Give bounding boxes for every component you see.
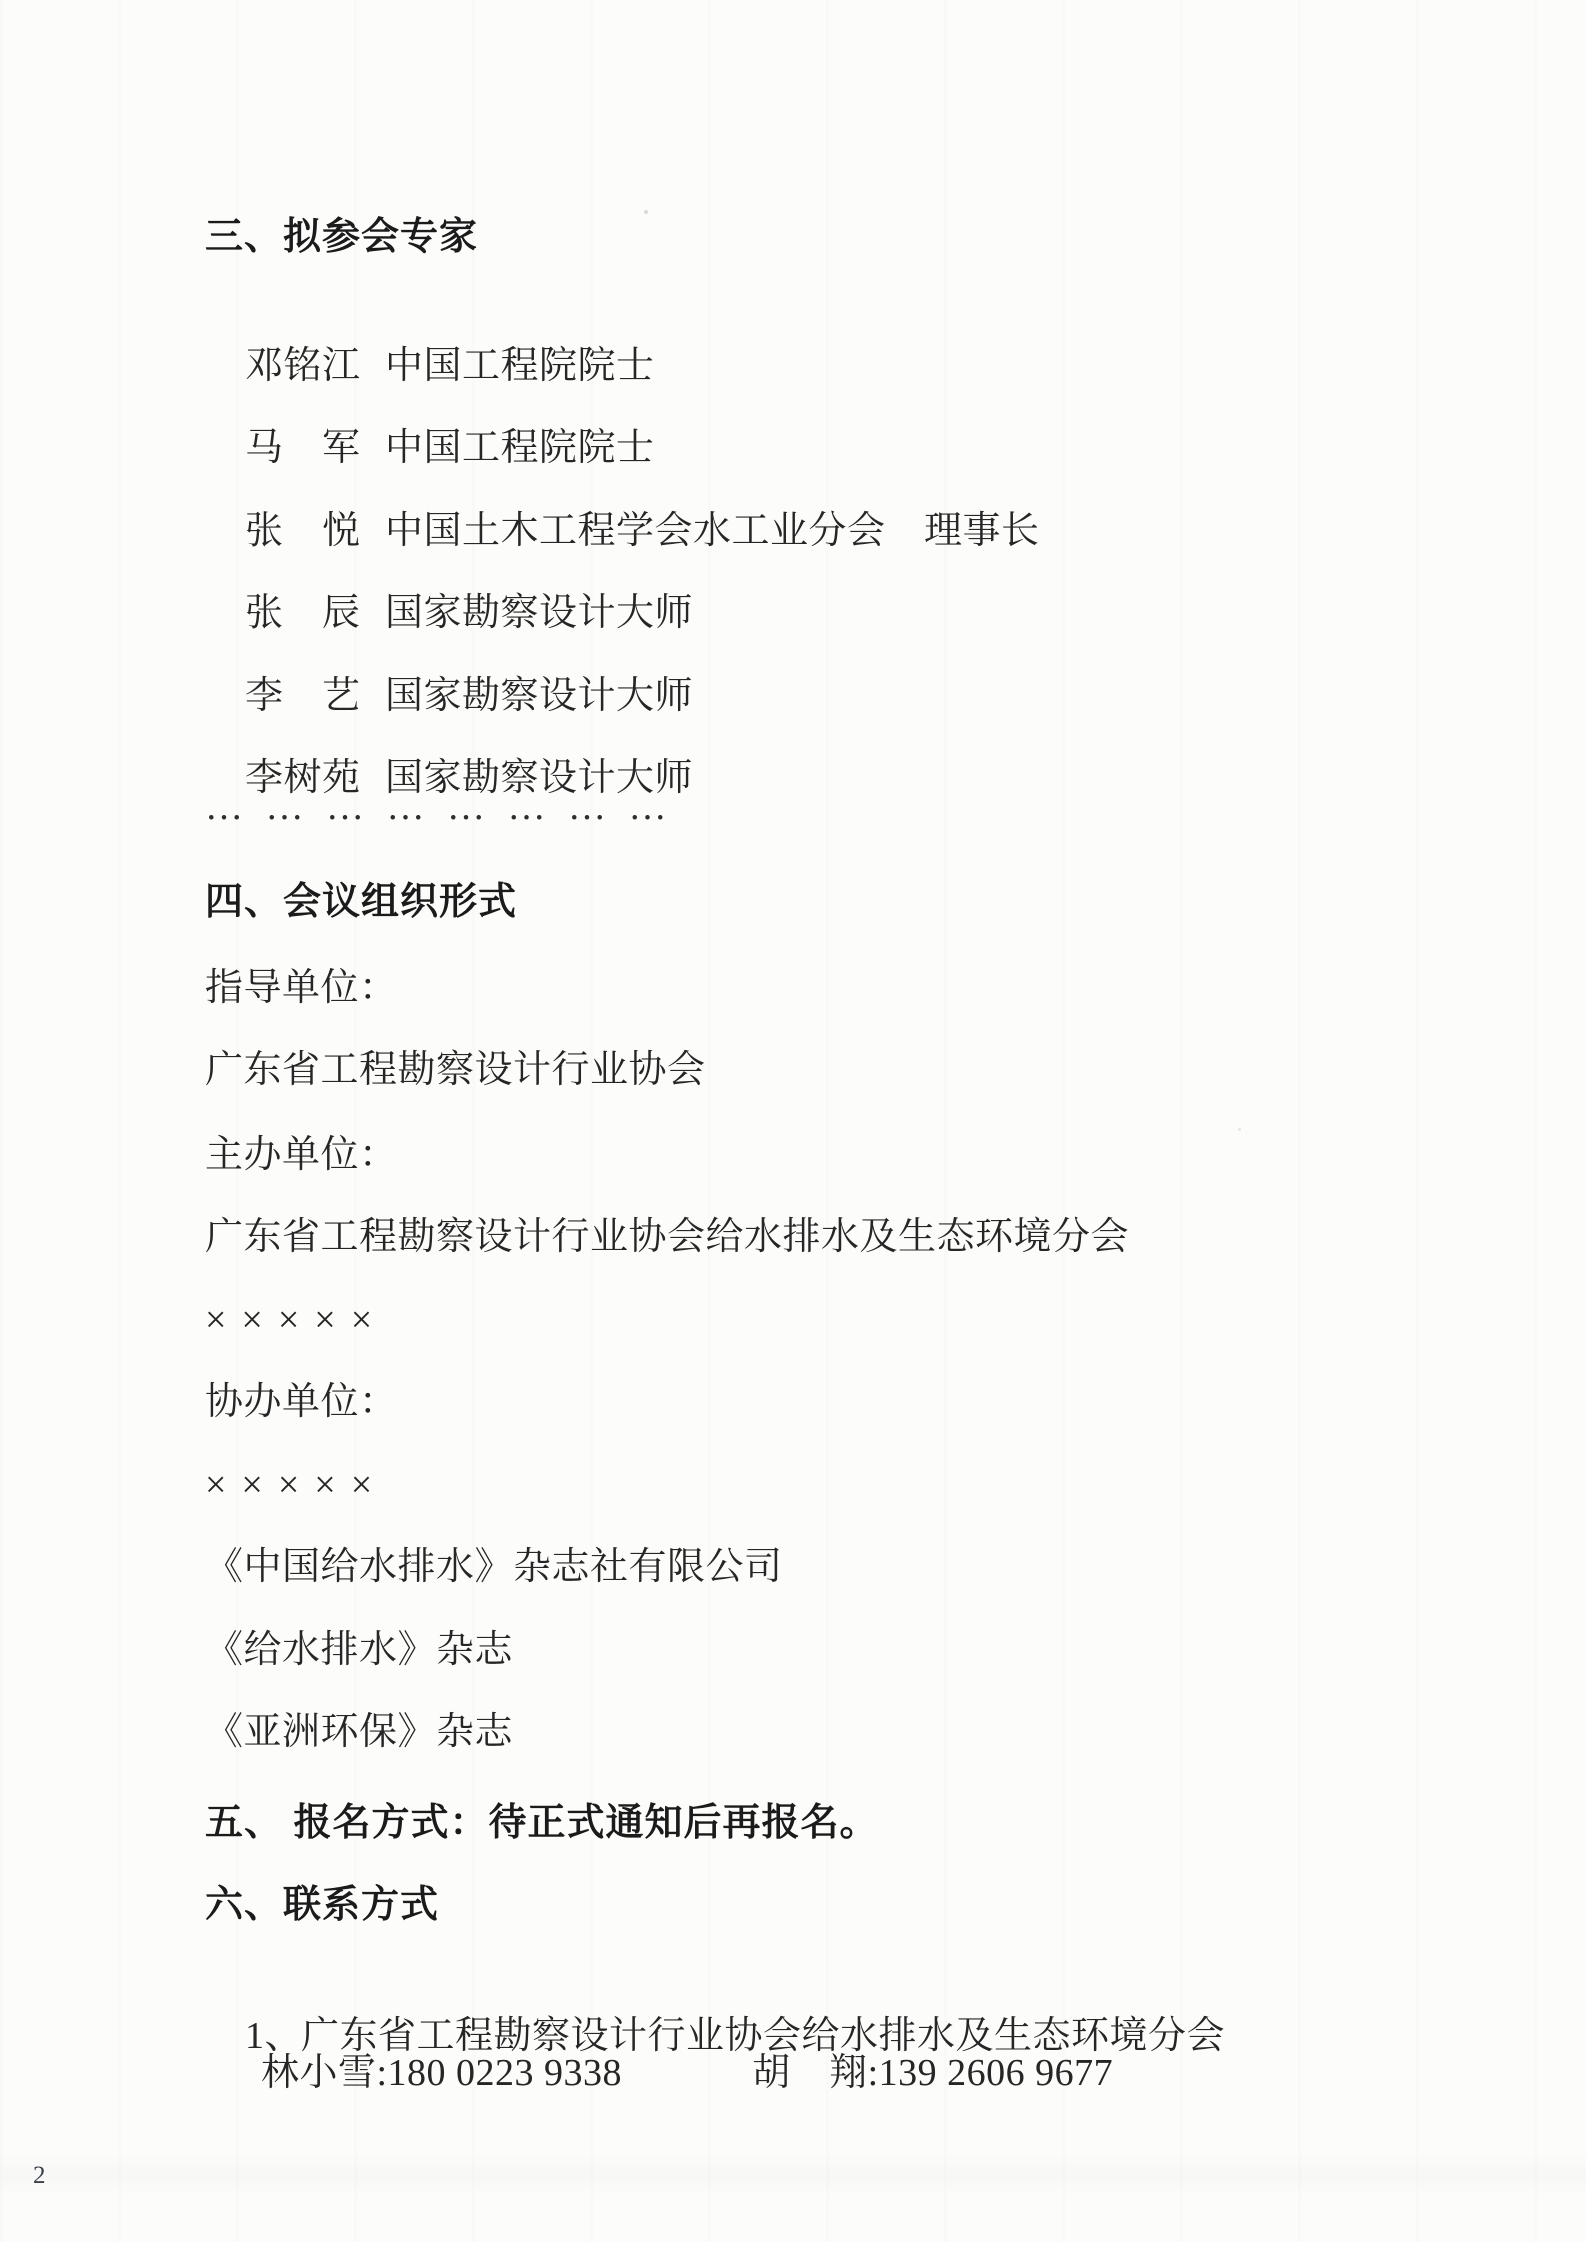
expert-name: 张 辰 — [245, 591, 385, 635]
expert-name: 马 军 — [245, 426, 385, 470]
host-unit-placeholder: ××××× — [205, 1298, 387, 1342]
contact-phone: 林小雪:180 0223 9338 — [261, 2051, 622, 2095]
host-unit-label: 主办单位： — [205, 1133, 398, 1177]
section-heading-registration: 五、 报名方式：待正式通知后再报名。 — [205, 1801, 879, 1845]
co-organizer-name: 《给水排水》杂志 — [205, 1628, 513, 1672]
host-unit-name: 广东省工程勘察设计行业协会给水排水及生态环境分会 — [205, 1215, 1129, 1259]
scan-speck — [1238, 1128, 1241, 1131]
ellipsis-row: … … … … … … … … — [205, 785, 669, 829]
co-organizer-name: 《中国给水排水》杂志社有限公司 — [205, 1545, 783, 1589]
section-heading-contact: 六、联系方式 — [205, 1883, 439, 1927]
expert-affiliation: 中国土木工程学会水工业分会 理事长 — [385, 510, 1040, 552]
contact-phone-line: 林小雪:180 0223 9338 胡 翔:139 2606 9677 — [261, 2051, 1113, 2095]
page-number: 2 — [33, 2162, 46, 2190]
guide-unit-name: 广东省工程勘察设计行业协会 — [205, 1048, 706, 1092]
section-heading-organization: 四、会议组织形式 — [205, 880, 517, 924]
co-organizer-label: 协办单位： — [205, 1380, 398, 1424]
expert-affiliation: 中国工程院院士 — [385, 427, 655, 469]
contact-phone: 胡 翔:139 2606 9677 — [752, 2051, 1113, 2095]
expert-affiliation: 国家勘察设计大师 — [385, 675, 693, 717]
document-page: 三、拟参会专家 邓铭江中国工程院院士 马 军中国工程院院士 张 悦中国土木工程学… — [0, 0, 1586, 2242]
guide-unit-label: 指导单位： — [205, 966, 398, 1010]
co-organizer-placeholder: ××××× — [205, 1463, 387, 1507]
scan-speck — [644, 210, 648, 214]
expert-affiliation: 国家勘察设计大师 — [385, 592, 693, 634]
expert-affiliation: 中国工程院院士 — [385, 345, 655, 387]
co-organizer-name: 《亚洲环保》杂志 — [205, 1710, 513, 1754]
section-heading-experts: 三、拟参会专家 — [205, 215, 478, 259]
